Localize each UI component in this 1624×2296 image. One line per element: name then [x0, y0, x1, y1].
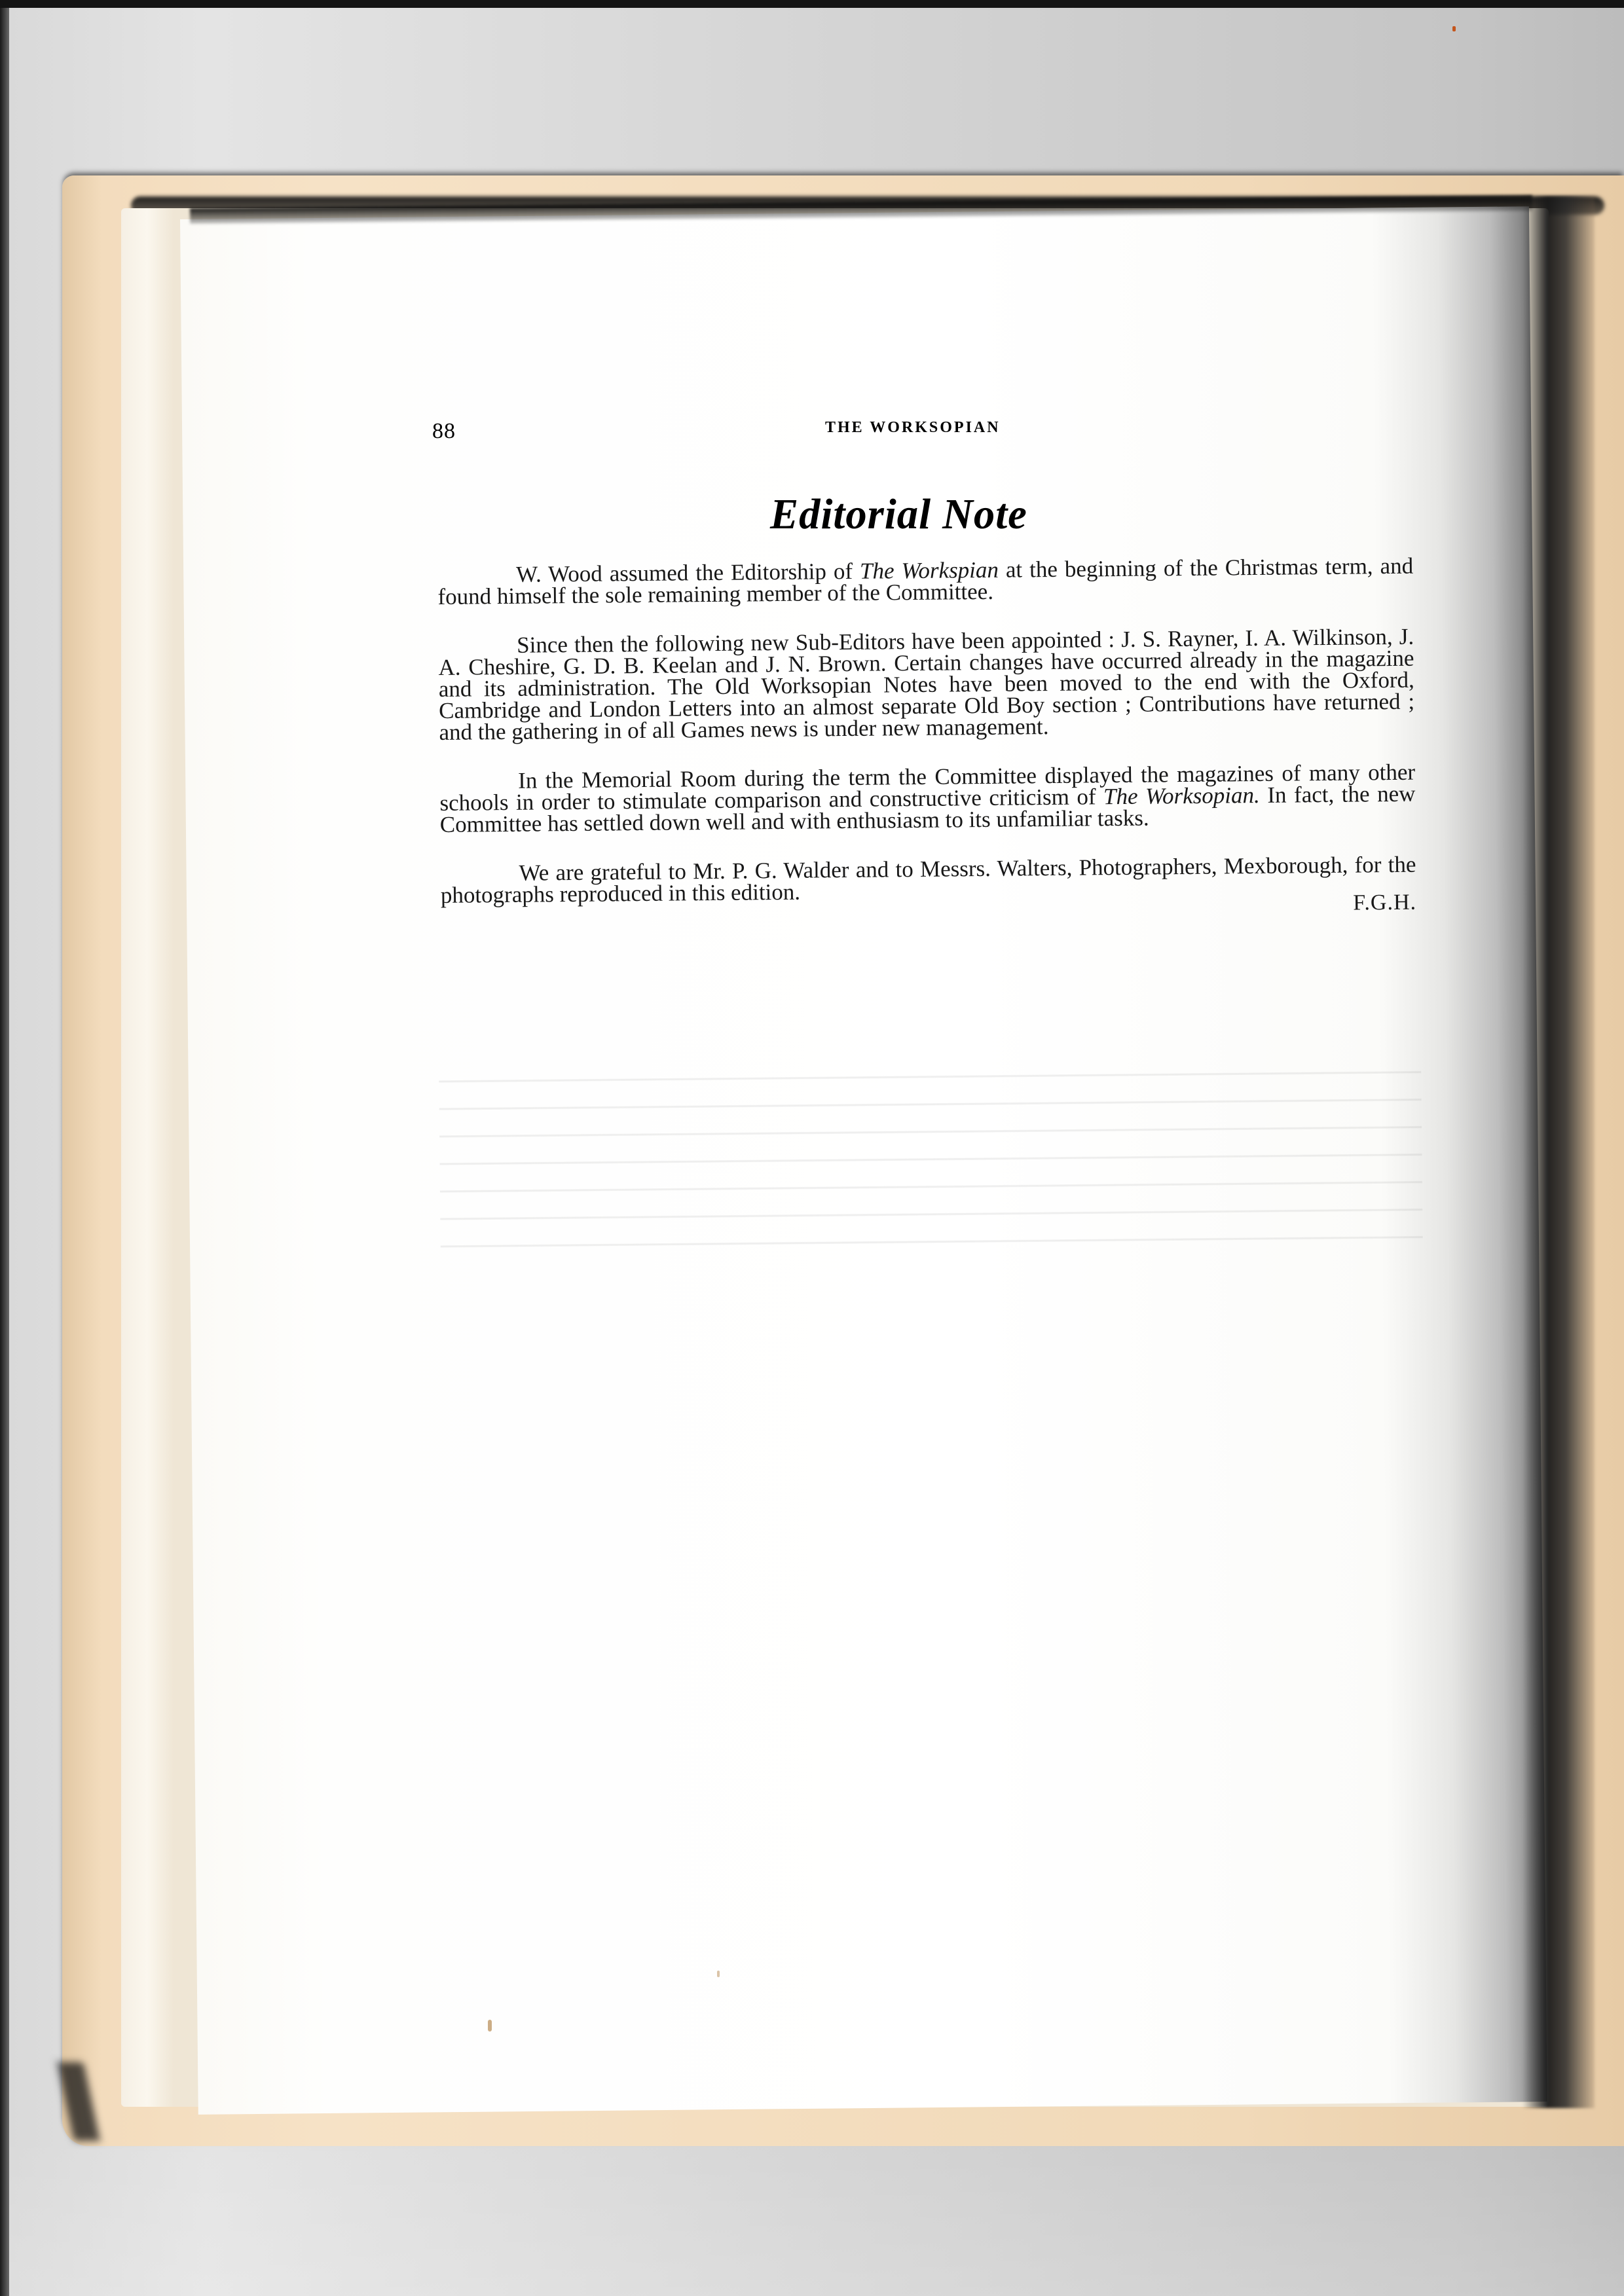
journal-title: THE WORKSOPIAN — [825, 419, 1001, 437]
page-number: 88 — [432, 419, 456, 444]
paper-stain — [488, 2020, 492, 2032]
paragraph-text: Since then the following new Sub-Editors… — [438, 624, 1414, 745]
scanner-edge — [0, 0, 1624, 8]
running-header: 88 THE WORKSOPIAN — [432, 419, 1428, 445]
paragraph-2: Since then the following new Sub-Editors… — [438, 626, 1415, 743]
article-title: Editorial Note — [770, 490, 1027, 539]
gutter-shadow — [1522, 196, 1595, 2108]
paragraph-3: In the Memorial Room during the term the… — [439, 761, 1416, 835]
bleed-through-text — [439, 1051, 1423, 1250]
paper-stain — [717, 1971, 720, 1977]
dust-speck — [1452, 26, 1456, 31]
article-body: W. Wood assumed the Editorship of The Wo… — [437, 555, 1416, 922]
paragraph-1: W. Wood assumed the Editorship of The Wo… — [437, 555, 1414, 608]
